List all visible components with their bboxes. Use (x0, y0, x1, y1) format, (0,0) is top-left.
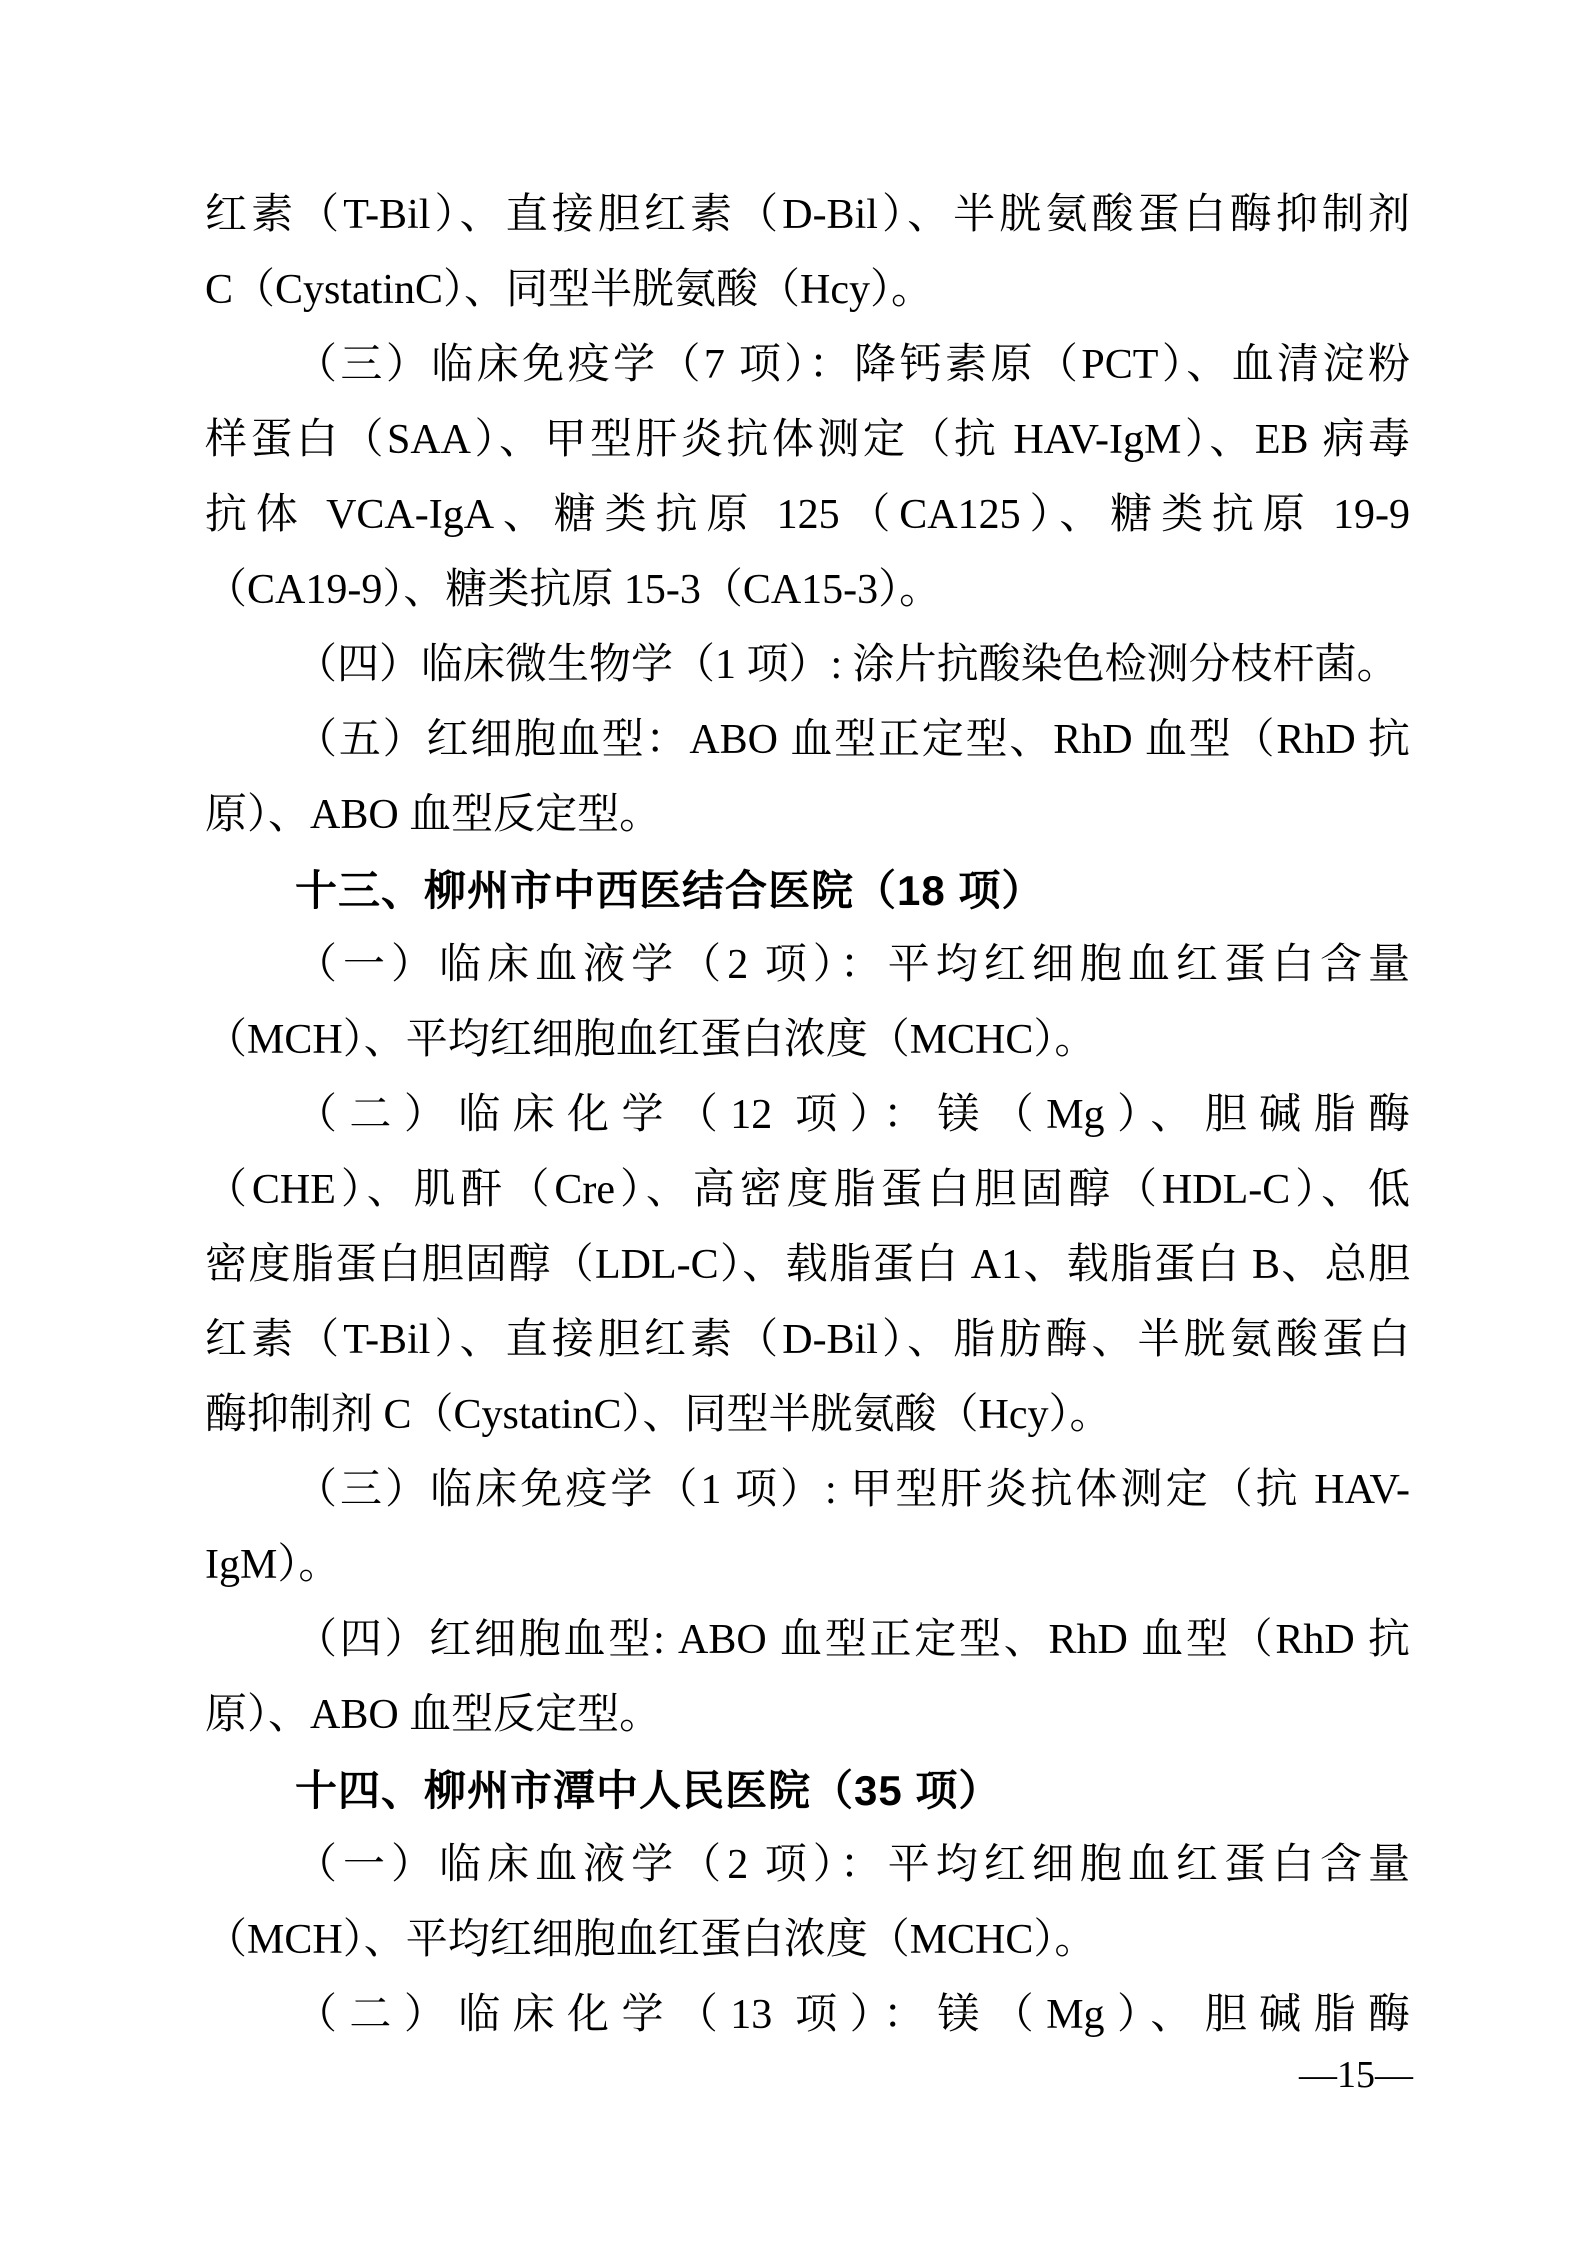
text-line: （一）临床血液学（2 项）：平均红细胞血红蛋白含量 (205, 928, 1410, 1003)
text-line: 样蛋白（SAA）、甲型肝炎抗体测定（抗 HAV-IgM）、EB 病毒 (205, 403, 1410, 478)
section-heading-line: 十四、柳州市潭中人民医院（35 项） (205, 1753, 1410, 1828)
text-line: 红素（T-Bil）、直接胆红素（D-Bil）、脂肪酶、半胱氨酸蛋白 (205, 1303, 1410, 1378)
text-line: （三）临床免疫学（1 项）: 甲型肝炎抗体测定（抗 HAV- (205, 1453, 1410, 1528)
section-heading-line: 十三、柳州市中西医结合医院（18 项） (205, 853, 1410, 928)
text-line: （CHE）、肌酐（Cre）、高密度脂蛋白胆固醇（HDL-C）、低 (205, 1153, 1410, 1228)
text-line: （MCH）、平均红细胞血红蛋白浓度（MCHC）。 (205, 1003, 1410, 1078)
text-line: 酶抑制剂 C（CystatinC）、同型半胱氨酸（Hcy）。 (205, 1378, 1410, 1453)
page-number: —15— (1299, 2052, 1413, 2098)
document-body: 红素（T-Bil）、直接胆红素（D-Bil）、半胱氨酸蛋白酶抑制剂C（Cysta… (205, 178, 1410, 2053)
text-line: 红素（T-Bil）、直接胆红素（D-Bil）、半胱氨酸蛋白酶抑制剂 (205, 178, 1410, 253)
text-line: IgM）。 (205, 1528, 1410, 1603)
text-line: 原）、ABO 血型反定型。 (205, 1678, 1410, 1753)
text-line: （MCH）、平均红细胞血红蛋白浓度（MCHC）。 (205, 1903, 1410, 1978)
text-line: 密度脂蛋白胆固醇（LDL-C）、载脂蛋白 A1、载脂蛋白 B、总胆 (205, 1228, 1410, 1303)
text-line: （一）临床血液学（2 项）：平均红细胞血红蛋白含量 (205, 1828, 1410, 1903)
text-line: （三）临床免疫学（7 项）：降钙素原（PCT）、血清淀粉 (205, 328, 1410, 403)
document-page: 红素（T-Bil）、直接胆红素（D-Bil）、半胱氨酸蛋白酶抑制剂C（Cysta… (0, 0, 1588, 2245)
text-line: （二）临床化学（13 项）：镁（Mg）、胆碱脂酶 (205, 1978, 1410, 2053)
text-line: （二）临床化学（12 项）：镁（Mg）、胆碱脂酶 (205, 1078, 1410, 1153)
text-line: （CA19-9）、糖类抗原 15-3（CA15-3）。 (205, 553, 1410, 628)
text-line: 原）、ABO 血型反定型。 (205, 778, 1410, 853)
text-line: C（CystatinC）、同型半胱氨酸（Hcy）。 (205, 253, 1410, 328)
text-line: （四）红细胞血型: ABO 血型正定型、RhD 血型（RhD 抗 (205, 1603, 1410, 1678)
text-line: （五）红细胞血型：ABO 血型正定型、RhD 血型（RhD 抗 (205, 703, 1410, 778)
text-line: 抗体 VCA-IgA、糖类抗原 125（CA125）、糖类抗原 19-9 (205, 478, 1410, 553)
text-line: （四）临床微生物学（1 项）: 涂片抗酸染色检测分枝杆菌。 (205, 628, 1410, 703)
